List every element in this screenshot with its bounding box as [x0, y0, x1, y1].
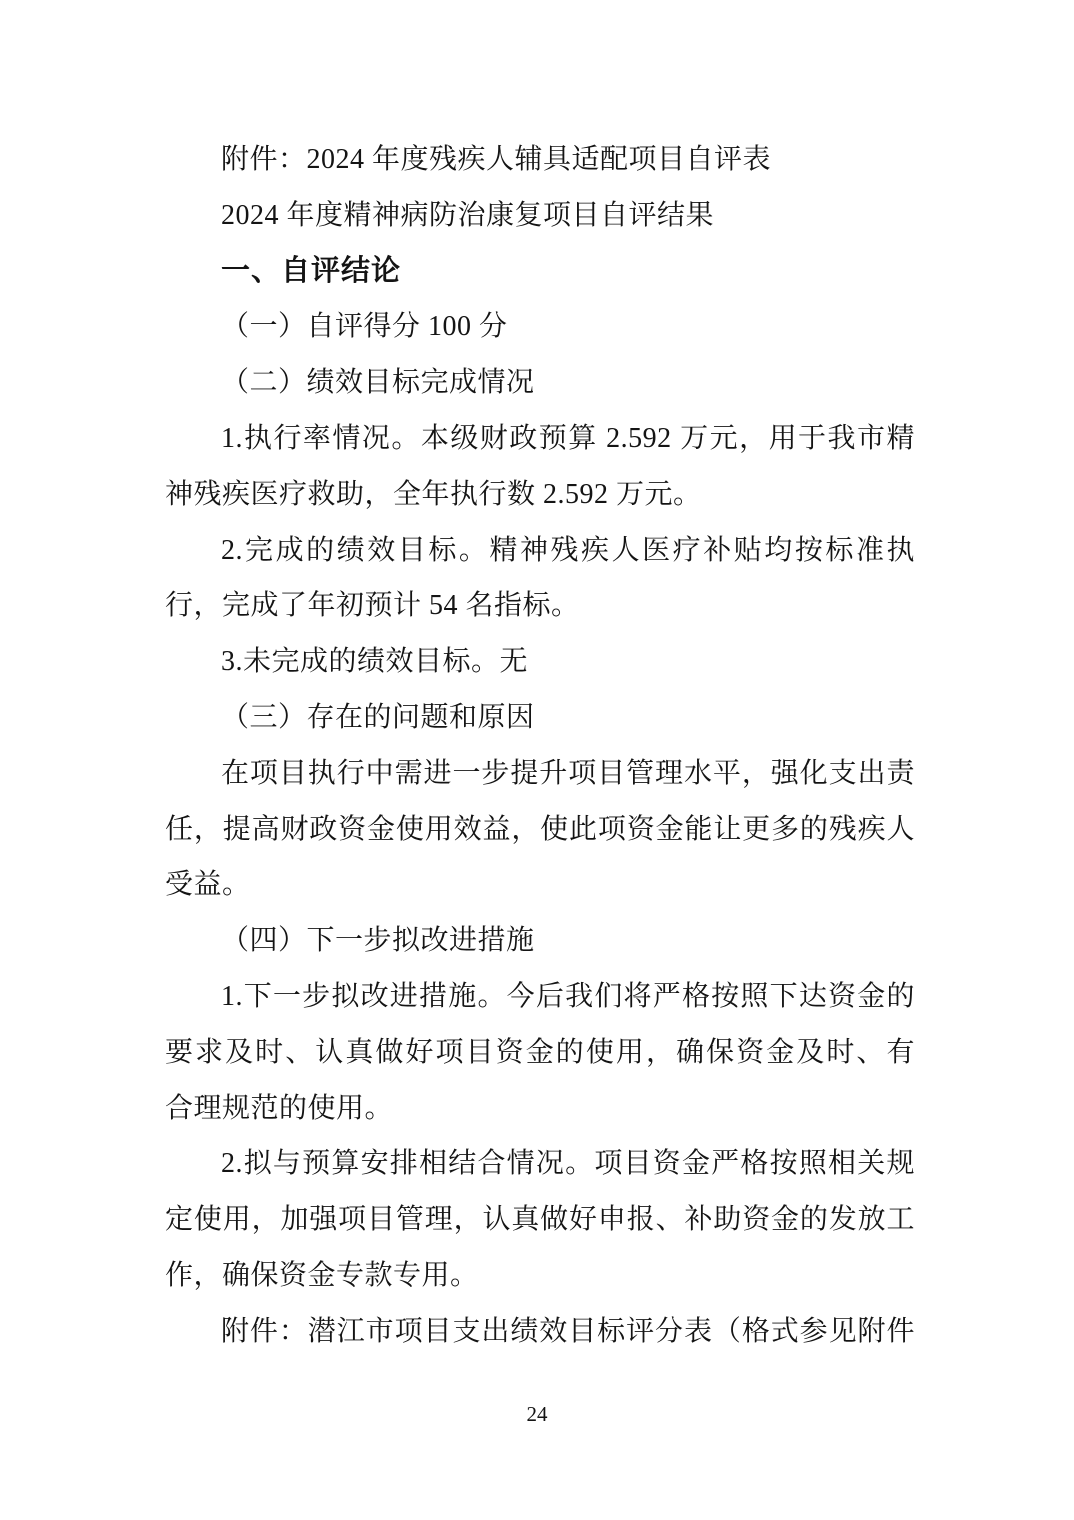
document-body: 附件：2024 年度残疾人辅具适配项目自评表2024 年度精神病防治康复项目自评…: [165, 132, 915, 1360]
text-line: （二）绩效目标完成情况: [165, 355, 915, 411]
text-line: （四）下一步拟改进措施: [165, 913, 915, 969]
text-line: 附件：2024 年度残疾人辅具适配项目自评表: [165, 132, 915, 188]
text-line: 1.执行率情况。本级财政预算 2.592 万元，用于我市精: [165, 411, 915, 467]
page-number: 24: [0, 1402, 1074, 1427]
text-line: 受益。: [165, 857, 915, 913]
text-line: 定使用，加强项目管理，认真做好申报、补助资金的发放工: [165, 1192, 915, 1248]
text-line: 神残疾医疗救助，全年执行数 2.592 万元。: [165, 467, 915, 523]
text-line: （一）自评得分 100 分: [165, 299, 915, 355]
document-page: 附件：2024 年度残疾人辅具适配项目自评表2024 年度精神病防治康复项目自评…: [0, 0, 1074, 1520]
text-line: 行，完成了年初预计 54 名指标。: [165, 578, 915, 634]
text-line: 任，提高财政资金使用效益，使此项资金能让更多的残疾人: [165, 802, 915, 858]
text-line: 2.完成的绩效目标。精神残疾人医疗补贴均按标准执: [165, 523, 915, 579]
heading-line: 一、自评结论: [165, 244, 915, 300]
text-line: 合理规范的使用。: [165, 1081, 915, 1137]
text-line: 附件：潜江市项目支出绩效目标评分表（格式参见附件: [165, 1304, 915, 1360]
text-line: 要求及时、认真做好项目资金的使用，确保资金及时、有效、: [165, 1025, 915, 1081]
text-line: （三）存在的问题和原因: [165, 690, 915, 746]
text-line: 2024 年度精神病防治康复项目自评结果: [165, 188, 915, 244]
text-line: 2.拟与预算安排相结合情况。项目资金严格按照相关规: [165, 1136, 915, 1192]
text-line: 作，确保资金专款专用。: [165, 1248, 915, 1304]
text-line: 1.下一步拟改进措施。今后我们将严格按照下达资金的: [165, 969, 915, 1025]
text-line: 3.未完成的绩效目标。无: [165, 634, 915, 690]
text-line: 在项目执行中需进一步提升项目管理水平，强化支出责: [165, 746, 915, 802]
